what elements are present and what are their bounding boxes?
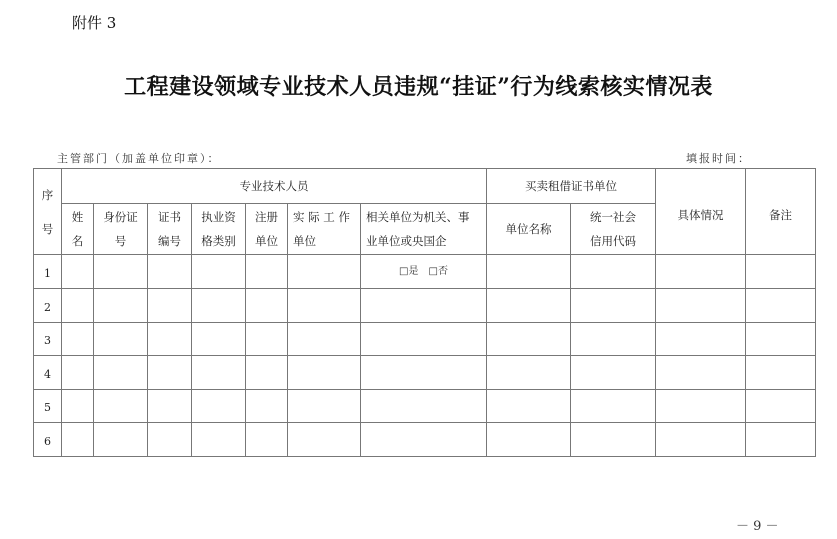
cell-gov[interactable] [361, 323, 487, 356]
cell-cert[interactable] [148, 323, 192, 356]
fill-time-label: 填报时间： [686, 150, 751, 166]
header-details: 具体情况 [656, 169, 746, 255]
row-seq: 5 [34, 390, 62, 423]
header-name-line1: 姓 [62, 205, 93, 229]
cell-credit[interactable] [571, 423, 656, 457]
cell-cert[interactable] [148, 423, 192, 457]
row-seq: 6 [34, 423, 62, 457]
cell-details[interactable] [656, 255, 746, 289]
table-row: 3 [34, 323, 816, 356]
header-qual-line2: 格类别 [192, 229, 245, 253]
header-work: 实 际 工 作单位 [288, 204, 361, 255]
cell-details[interactable] [656, 289, 746, 323]
header-seq: 序 号 [34, 169, 62, 255]
row-seq: 2 [34, 289, 62, 323]
cell-name[interactable] [62, 255, 94, 289]
cell-details[interactable] [656, 356, 746, 390]
header-cert-line1: 证书 [148, 205, 191, 229]
row-seq: 3 [34, 323, 62, 356]
header-seq-bottom: 号 [34, 212, 61, 246]
cell-work[interactable] [288, 289, 361, 323]
header-reg: 注册单位 [246, 204, 288, 255]
cell-work[interactable] [288, 356, 361, 390]
row-seq: 1 [34, 255, 62, 289]
cell-work[interactable] [288, 390, 361, 423]
row-seq: 4 [34, 356, 62, 390]
cell-cert[interactable] [148, 390, 192, 423]
cell-qual[interactable] [192, 423, 246, 457]
header-seq-top: 序 [34, 178, 61, 212]
cell-unit-name[interactable] [487, 423, 571, 457]
cell-gov[interactable] [361, 289, 487, 323]
header-work-line1: 实 际 工 作 [293, 205, 360, 229]
cell-reg[interactable] [246, 356, 288, 390]
cell-cert[interactable] [148, 356, 192, 390]
cell-details[interactable] [656, 423, 746, 457]
attachment-label: 附件 3 [72, 12, 116, 33]
header-gov: 相关单位为机关、事业单位或央国企 [361, 204, 487, 255]
cell-work[interactable] [288, 323, 361, 356]
cell-credit[interactable] [571, 323, 656, 356]
table-row: 6 [34, 423, 816, 457]
cell-name[interactable] [62, 390, 94, 423]
cell-reg[interactable] [246, 390, 288, 423]
cell-gov[interactable] [361, 423, 487, 457]
header-remarks: 备注 [746, 169, 816, 255]
header-group-personnel: 专业技术人员 [62, 169, 487, 204]
cell-id[interactable] [94, 323, 148, 356]
cell-remarks[interactable] [746, 390, 816, 423]
cell-id[interactable] [94, 356, 148, 390]
cell-reg[interactable] [246, 289, 288, 323]
cell-reg[interactable] [246, 255, 288, 289]
cell-unit-name[interactable] [487, 356, 571, 390]
cell-qual[interactable] [192, 323, 246, 356]
cell-remarks[interactable] [746, 323, 816, 356]
cell-credit[interactable] [571, 255, 656, 289]
header-id: 身份证号 [94, 204, 148, 255]
table-row: 5 [34, 390, 816, 423]
cell-gov[interactable] [361, 390, 487, 423]
cell-reg[interactable] [246, 323, 288, 356]
cell-gov[interactable] [361, 356, 487, 390]
cell-unit-name[interactable] [487, 255, 571, 289]
cell-name[interactable] [62, 356, 94, 390]
cell-remarks[interactable] [746, 356, 816, 390]
cell-qual[interactable] [192, 289, 246, 323]
header-qual-line1: 执业资 [192, 205, 245, 229]
header-reg-line1: 注册 [246, 205, 287, 229]
header-id-line2: 号 [94, 229, 147, 253]
department-label: 主管部门（加盖单位印章）： [57, 150, 221, 166]
table-row: 2 [34, 289, 816, 323]
header-qual: 执业资格类别 [192, 204, 246, 255]
cell-cert[interactable] [148, 255, 192, 289]
cell-name[interactable] [62, 323, 94, 356]
cell-qual[interactable] [192, 356, 246, 390]
header-cert: 证书编号 [148, 204, 192, 255]
header-reg-line2: 单位 [246, 229, 287, 253]
cell-qual[interactable] [192, 390, 246, 423]
cell-cert[interactable] [148, 289, 192, 323]
header-unit-name: 单位名称 [487, 204, 571, 255]
cell-qual[interactable] [192, 255, 246, 289]
table-row: 4 [34, 356, 816, 390]
cell-work[interactable] [288, 255, 361, 289]
cell-credit[interactable] [571, 289, 656, 323]
cell-id[interactable] [94, 423, 148, 457]
header-id-line1: 身份证 [94, 205, 147, 229]
cell-remarks[interactable] [746, 423, 816, 457]
header-group-units: 买卖租借证书单位 [487, 169, 656, 204]
cell-name[interactable] [62, 423, 94, 457]
verification-table: 序 号 专业技术人员 买卖租借证书单位 具体情况 备注 姓名 身份证号 证书编号… [33, 168, 816, 457]
header-work-line2: 单位 [293, 229, 360, 253]
cell-credit[interactable] [571, 390, 656, 423]
cell-name[interactable] [62, 289, 94, 323]
page-title: 工程建设领域专业技术人员违规“挂证”行为线索核实情况表 [0, 70, 837, 101]
cell-remarks[interactable] [746, 289, 816, 323]
gov-option-checkboxes[interactable]: □是 □否 [361, 255, 487, 289]
cell-reg[interactable] [246, 423, 288, 457]
cell-remarks[interactable] [746, 255, 816, 289]
page-number: － 9 － [736, 515, 779, 534]
cell-unit-name[interactable] [487, 289, 571, 323]
header-credit-line1: 统一社会 [571, 205, 655, 229]
cell-unit-name[interactable] [487, 390, 571, 423]
cell-id[interactable] [94, 289, 148, 323]
cell-work[interactable] [288, 423, 361, 457]
header-name: 姓名 [62, 204, 94, 255]
cell-credit[interactable] [571, 356, 656, 390]
header-credit-line2: 信用代码 [571, 229, 655, 253]
cell-id[interactable] [94, 255, 148, 289]
header-name-line2: 名 [62, 229, 93, 253]
cell-id[interactable] [94, 390, 148, 423]
header-gov-line2: 业单位或央国企 [366, 229, 486, 253]
cell-details[interactable] [656, 323, 746, 356]
header-credit: 统一社会信用代码 [571, 204, 656, 255]
table-row: 1 □是 □否 [34, 255, 816, 289]
header-cert-line2: 编号 [148, 229, 191, 253]
cell-details[interactable] [656, 390, 746, 423]
cell-unit-name[interactable] [487, 323, 571, 356]
header-gov-line1: 相关单位为机关、事 [366, 205, 486, 229]
